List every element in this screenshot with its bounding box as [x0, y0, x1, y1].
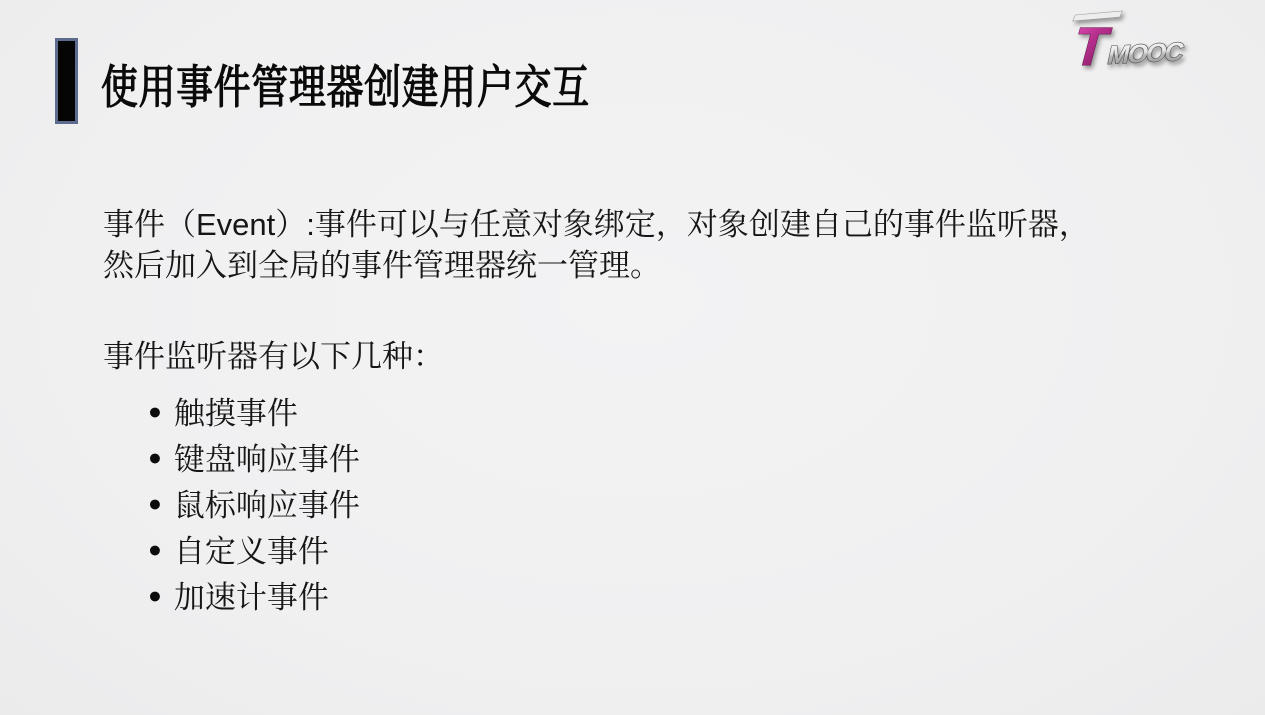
tmooc-logo: T MOOC [1050, 5, 1205, 75]
bullet-icon: ● [148, 584, 162, 607]
title-accent-bar [55, 38, 78, 124]
list-item-label: 触摸事件 [174, 388, 298, 433]
list-item: ● 加速计事件 [148, 571, 360, 617]
logo-word-mooc: MOOC [1105, 37, 1187, 70]
bullet-icon: ● [148, 538, 162, 561]
bullet-icon: ● [148, 492, 162, 515]
list-item-label: 鼠标响应事件 [174, 480, 360, 525]
bullet-list: ● 触摸事件 ● 键盘响应事件 ● 鼠标响应事件 ● 自定义事件 ● 加速计事件 [148, 387, 360, 617]
slide-title: 使用事件管理器创建用户交互 [101, 60, 590, 114]
bullet-icon: ● [148, 400, 162, 423]
list-item-label: 键盘响应事件 [174, 434, 360, 479]
tmooc-logo-graphic: T MOOC [1050, 5, 1205, 75]
paragraph-line-2: 然后加入到全局的事件管理器统一管理。 [103, 245, 1090, 286]
list-item-label: 加速计事件 [174, 572, 329, 617]
bullet-icon: ● [148, 446, 162, 469]
list-item: ● 键盘响应事件 [148, 433, 360, 479]
presentation-slide: 使用事件管理器创建用户交互 T MOOC [0, 0, 1265, 715]
list-item: ● 鼠标响应事件 [148, 479, 360, 525]
list-item: ● 自定义事件 [148, 525, 360, 571]
list-item: ● 触摸事件 [148, 387, 360, 433]
paragraph-line-1: 事件（Event）:事件可以与任意对象绑定，对象创建自己的事件监听器， [103, 204, 1090, 245]
body-paragraph: 事件（Event）:事件可以与任意对象绑定，对象创建自己的事件监听器， 然后加入… [103, 204, 1090, 286]
list-item-label: 自定义事件 [174, 526, 329, 571]
list-header: 事件监听器有以下几种： [103, 336, 444, 377]
